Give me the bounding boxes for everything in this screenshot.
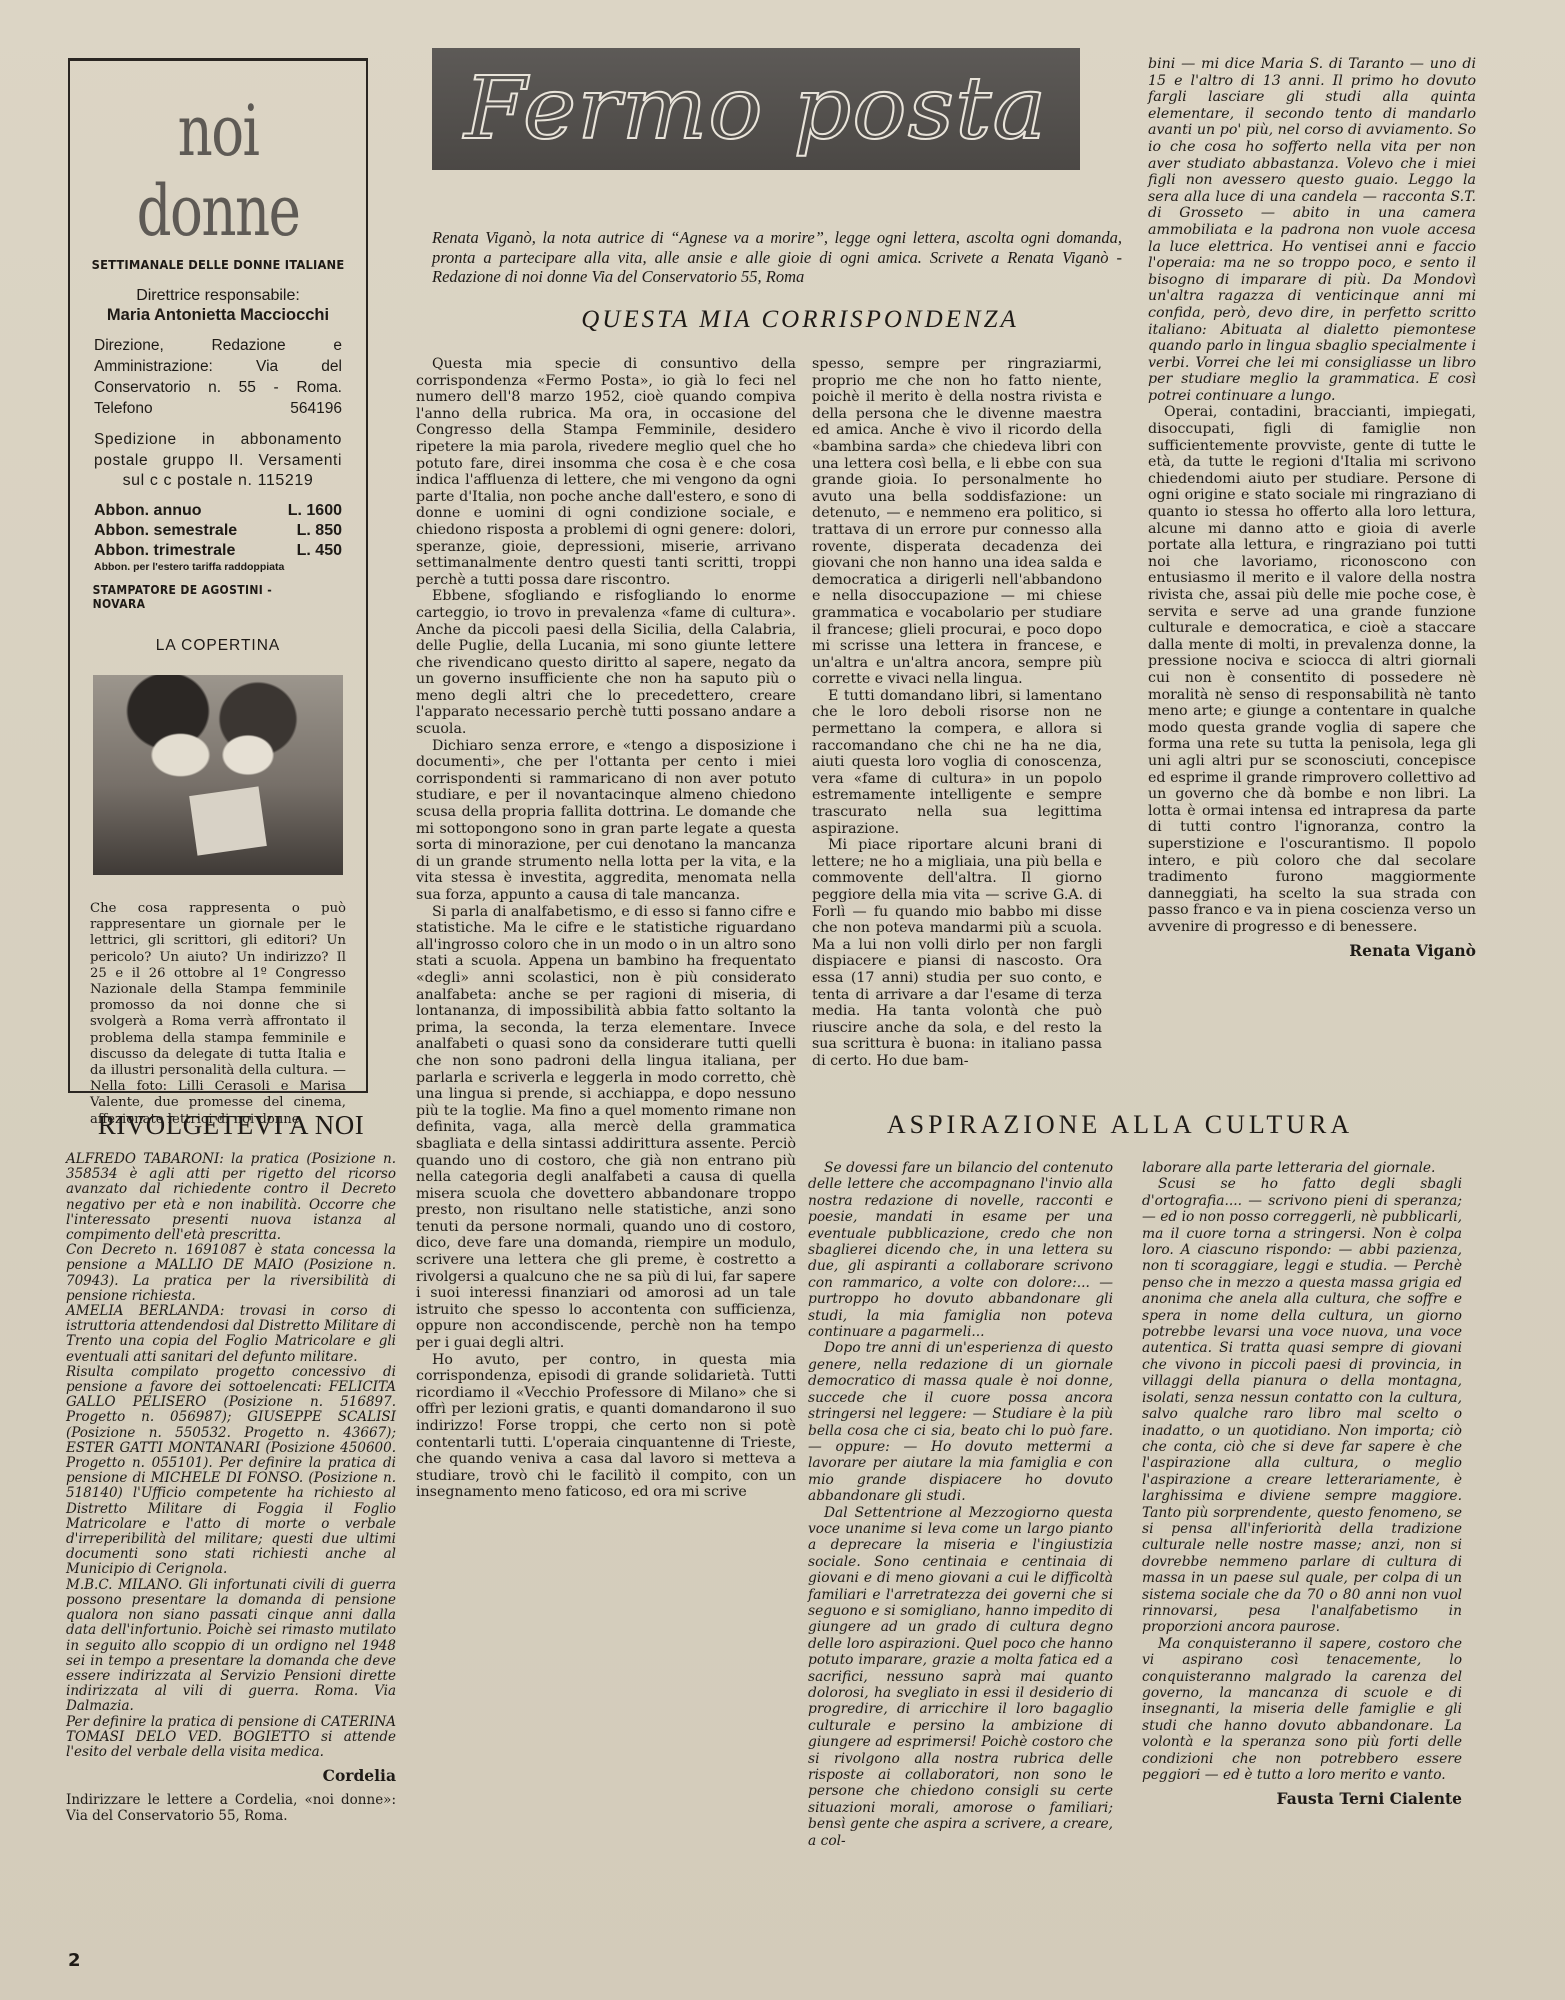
magazine-subtitle: SETTIMANALE DELLE DONNE ITALIANE [91,257,345,272]
paragraph: E tutti domandano libri, si lamentano ch… [812,688,1102,837]
paragraph: Ma conquisteranno il sapere, costoro che… [1142,1636,1462,1784]
aspirazione-column-1: Se dovessi fare un bilancio del contenut… [808,1160,1113,1849]
paragraph: Questa mia specie di consuntivo della co… [416,356,796,588]
reply-item: Per definire la pratica di pensione di C… [66,1715,396,1761]
author-signature: Renata Viganò [1148,943,1476,960]
paragraph: Se dovessi fare un bilancio del contenut… [808,1160,1113,1340]
masthead-box: noi donne SETTIMANALE DELLE DONNE ITALIA… [68,58,368,1093]
cover-heading: LA COPERTINA [80,637,356,655]
cover-photo [93,675,343,875]
paragraph: Si parla di analfabetismo, e di esso si … [416,904,796,1352]
printer-credit: STAMPATORE DE AGOSTINI - NOVARA [80,583,328,611]
abroad-rate: Abbon. per l'estero tariffa raddoppiata [80,561,356,573]
reply-item: M.B.C. MILANO. Gli infortunati civili di… [66,1578,396,1715]
article-column-3: bini — mi dice Maria S. di Taranto — uno… [1148,56,1476,960]
banner-title: Fermo posta [464,59,1047,159]
rivolgetevi-column: ALFREDO TABARONI: la pratica (Posizione … [66,1152,396,1824]
aspirazione-column-2: laborare alla parte letteraria del giorn… [1142,1160,1462,1808]
page-number: 2 [68,1950,81,1971]
price-row: Abbon. annuoL. 1600 [94,501,342,521]
paragraph: laborare alla parte letteraria del giorn… [1142,1160,1462,1176]
magazine-logo: noi donne [110,91,325,251]
author-signature: Fausta Terni Cialente [1142,1791,1462,1807]
paragraph: Ebbene, sfogliando e risfogliando lo eno… [416,588,796,737]
paragraph: Dopo tre anni di un'esperienza di questo… [808,1340,1113,1504]
director-name: Maria Antonietta Macciocchi [80,306,356,325]
reply-item: ALFREDO TABARONI: la pratica (Posizione … [66,1152,396,1243]
rivolgetevi-heading: RIVOLGETEVI A NOI [66,1110,396,1141]
price-row: Abbon. semestraleL. 850 [94,521,342,541]
price-row: Abbon. trimestraleL. 450 [94,541,342,561]
paragraph: Ho avuto, per contro, in questa mia corr… [416,1352,796,1501]
shipping-info: Spedizione in abbonamento postale gruppo… [80,429,356,471]
newspaper-shape [189,786,267,855]
mailing-address: Indirizzare le lettere a Cordelia, «noi … [66,1793,396,1823]
reply-item: AMELIA BERLANDA: trovasi in corso di ist… [66,1304,396,1365]
director-label: Direttrice responsabile: [80,286,356,306]
paragraph: Mi piace riportare alcuni brani di lette… [812,837,1102,1069]
fermo-posta-banner: Fermo posta [432,48,1080,170]
paragraph: spesso, sempre per ringraziarmi, proprio… [812,356,1102,688]
article-heading: QUESTA MIA CORRISPONDENZA [520,306,1080,334]
column-intro: Renata Viganò, la nota autrice di “Agnes… [432,228,1122,287]
paragraph: Scusi se ho fatto degli sbagli d'ortogra… [1142,1176,1462,1635]
subscription-prices: Abbon. annuoL. 1600 Abbon. semestraleL. … [80,501,356,561]
reply-item: Con Decreto n. 1691087 è stata concessa … [66,1243,396,1304]
paragraph: Dal Settentrione al Mezzogiorno questa v… [808,1505,1113,1850]
article-column-2: spesso, sempre per ringraziarmi, proprio… [812,356,1102,1070]
cover-caption: Che cosa rappresenta o può rappresentare… [80,901,356,1128]
aspirazione-heading: ASPIRAZIONE ALLA CULTURA [840,1110,1400,1140]
article-column-1: Questa mia specie di consuntivo della co… [416,356,796,1501]
editorial-address: Direzione, Redazione e Amministrazione: … [80,335,356,419]
reply-item: Risulta compilato progetto concessivo di… [66,1365,396,1578]
paragraph: bini — mi dice Maria S. di Taranto — uno… [1148,56,1476,404]
paragraph: Dichiaro senza errore, e «tengo a dispos… [416,738,796,904]
magazine-page: noi donne SETTIMANALE DELLE DONNE ITALIA… [0,0,1565,2000]
postal-account: sul c c postale n. 115219 [80,471,356,491]
paragraph: Operai, contadini, braccianti, impiegati… [1148,404,1476,935]
author-signature: Cordelia [66,1768,396,1783]
